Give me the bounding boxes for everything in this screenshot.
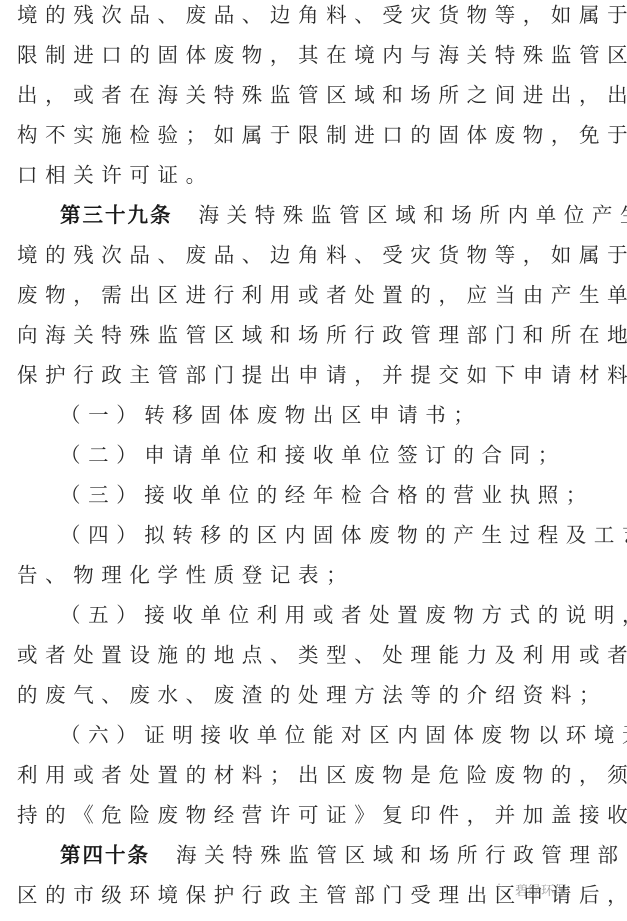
line-text: 告、物理化学性质登记表； bbox=[17, 563, 354, 587]
text-line: 境的残次品、废品、边角料、受灾货物等，如属于限制进口或者非 bbox=[17, 0, 627, 40]
document-page: 境的残次品、废品、边角料、受灾货物等，如属于限制进口或者非 限制进口的固体废物，… bbox=[0, 0, 627, 921]
line-text: 废物，需出区进行利用或者处置的，应当由产生单位或者收集单位 bbox=[17, 283, 627, 307]
text-line: 限制进口的固体废物，其在境内与海关特殊监管区域和场所之间进 bbox=[17, 40, 627, 80]
line-text: 海关特殊监管区域和场所内单位产生的未复运出 bbox=[199, 203, 627, 227]
line-text: 或者处置设施的地点、类型、处理能力及利用或者处置过程中产生 bbox=[17, 643, 627, 667]
text-line: 利用或者处置的材料；出区废物是危险废物的，须提供接收单位所 bbox=[17, 760, 627, 800]
text-line: 废物，需出区进行利用或者处置的，应当由产生单位或者收集单位 bbox=[17, 280, 627, 320]
line-text: 的废气、废水、废渣的处理方法等的介绍资料； bbox=[17, 683, 607, 707]
text-line: 告、物理化学性质登记表； bbox=[17, 560, 354, 600]
article-40-heading-line: 第四十条海关特殊监管区域和场所行政管理部门和所在地设 bbox=[60, 840, 627, 880]
list-item-4: （四）拟转移的区内固体废物的产生过程及工艺、成分分析报 bbox=[60, 520, 627, 560]
line-text: 构不实施检验；如属于限制进口的固体废物，免于提交固体废物进 bbox=[17, 123, 627, 147]
article-number: 第三十九条 bbox=[60, 203, 173, 227]
line-text: 口相关许可证。 bbox=[17, 163, 214, 187]
line-text: 持的《危险废物经营许可证》复印件，并加盖接收单位章。 bbox=[17, 803, 627, 827]
line-text: （四）拟转移的区内固体废物的产生过程及工艺、成分分析报 bbox=[60, 523, 627, 547]
text-line: 出，或者在海关特殊监管区域和场所之间进出，出入境检验检疫机 bbox=[17, 80, 627, 120]
text-line: 口相关许可证。 bbox=[17, 160, 214, 200]
line-text: 保护行政主管部门提出申请，并提交如下申请材料： bbox=[17, 363, 627, 387]
line-text: 限制进口的固体废物，其在境内与海关特殊监管区域和场所之间进 bbox=[17, 43, 627, 67]
wechat-icon: ⁘ bbox=[494, 880, 504, 894]
article-number: 第四十条 bbox=[60, 843, 150, 867]
line-text: 境的残次品、废品、边角料、受灾货物等，如属于禁止进口的固体 bbox=[17, 243, 627, 267]
line-text: 出，或者在海关特殊监管区域和场所之间进出，出入境检验检疫机 bbox=[17, 83, 627, 107]
list-item-5: （五）接收单位利用或者处置废物方式的说明，包括废物利用 bbox=[60, 600, 627, 640]
line-text: （五）接收单位利用或者处置废物方式的说明，包括废物利用 bbox=[60, 603, 627, 627]
line-text: （二）申请单位和接收单位签订的合同； bbox=[60, 443, 566, 467]
list-item-2: （二）申请单位和接收单位签订的合同； bbox=[60, 440, 566, 480]
line-text: 利用或者处置的材料；出区废物是危险废物的，须提供接收单位所 bbox=[17, 763, 627, 787]
list-item-3: （三）接收单位的经年检合格的营业执照； bbox=[60, 480, 594, 520]
line-text: （三）接收单位的经年检合格的营业执照； bbox=[60, 483, 594, 507]
text-line: 持的《危险废物经营许可证》复印件，并加盖接收单位章。 bbox=[17, 800, 627, 840]
text-line: 构不实施检验；如属于限制进口的固体废物，免于提交固体废物进 bbox=[17, 120, 627, 160]
text-line: 的废气、废水、废渣的处理方法等的介绍资料； bbox=[17, 680, 607, 720]
watermark: 碧绿环保 bbox=[515, 880, 567, 899]
line-text: （一）转移固体废物出区申请书； bbox=[60, 403, 482, 427]
line-text: 向海关特殊监管区域和场所行政管理部门和所在地设区的市级环境 bbox=[17, 323, 627, 347]
line-text: 海关特殊监管区域和场所行政管理部门和所在地设 bbox=[176, 843, 627, 867]
article-39-heading-line: 第三十九条海关特殊监管区域和场所内单位产生的未复运出 bbox=[60, 200, 627, 240]
line-text: 境的残次品、废品、边角料、受灾货物等，如属于限制进口或者非 bbox=[17, 3, 627, 27]
text-line: 向海关特殊监管区域和场所行政管理部门和所在地设区的市级环境 bbox=[17, 320, 627, 360]
text-line: 或者处置设施的地点、类型、处理能力及利用或者处置过程中产生 bbox=[17, 640, 627, 680]
text-line: 境的残次品、废品、边角料、受灾货物等，如属于禁止进口的固体 bbox=[17, 240, 627, 280]
text-line: 保护行政主管部门提出申请，并提交如下申请材料： bbox=[17, 360, 627, 400]
line-text: （六）证明接收单位能对区内固体废物以环境无害化方式进行 bbox=[60, 723, 627, 747]
list-item-1: （一）转移固体废物出区申请书； bbox=[60, 400, 482, 440]
list-item-6: （六）证明接收单位能对区内固体废物以环境无害化方式进行 bbox=[60, 720, 627, 760]
